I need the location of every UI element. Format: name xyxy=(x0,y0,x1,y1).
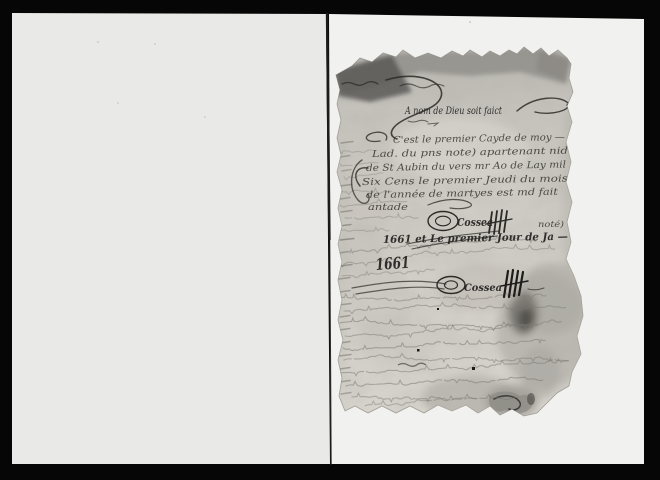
microfilm-scan-viewer: Cossea noté) Cossea xyxy=(0,0,660,480)
parchment-document: Cossea noté) Cossea xyxy=(330,40,593,425)
signature-note: noté) xyxy=(538,219,564,230)
body-line-6: antade xyxy=(368,202,408,213)
scan-image: Cossea noté) Cossea xyxy=(0,0,660,480)
right-page-speck xyxy=(469,21,471,23)
left-page xyxy=(12,13,330,464)
signature-name: Cossea xyxy=(457,216,493,229)
signature-name: Cossea xyxy=(464,282,502,294)
heading-text: A nom de Dieu soit faict xyxy=(404,106,503,117)
year-text: 1661 xyxy=(375,253,410,274)
